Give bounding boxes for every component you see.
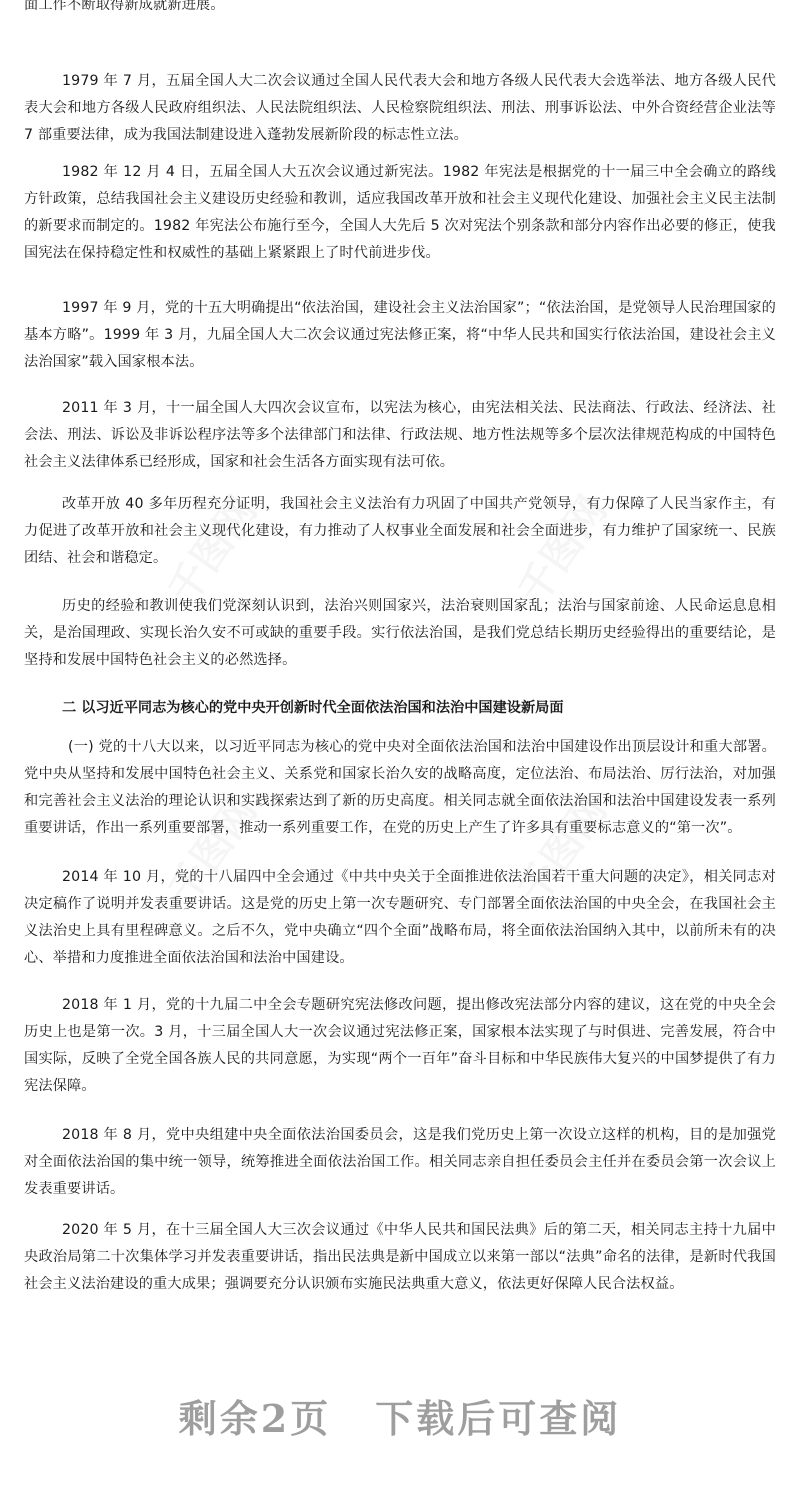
paragraph-2018-aug: 2018 年 8 月，党中央组建中央全面依法治国委员会，这是我们党历史上第一次设… [24,1122,776,1203]
paragraph-2014: 2014 年 10 月，党的十八届四中全会通过《中共中央关于全面推进依法治国若干… [24,864,776,972]
paragraph-section-1: (一) 党的十八大以来，以习近平同志为核心的党中央对全面依法治国和法治中国建设作… [24,734,776,842]
paragraph-2020: 2020 年 5 月，在十三届全国人大三次会议通过《中华人民共和国民法典》后的第… [24,1217,776,1298]
paragraph-reform: 改革开放 40 多年历程充分证明，我国社会主义法治有力巩固了中国共产党领导，有力… [24,491,776,572]
paragraph-1979: 1979 年 7 月，五届全国人大二次会议通过全国人民代表大会和地方各级人民代表… [24,68,776,149]
paragraph-1997: 1997 年 9 月，党的十五大明确提出“依法治国，建设社会主义法治国家”；“依… [24,295,776,376]
section-heading: 二 以习近平同志为核心的党中央开创新时代全面依法治国和法治中国建设新局面 [62,696,564,720]
paragraph-2018-jan: 2018 年 1 月，党的十九届二中全会专题研究宪法修改问题，提出修改宪法部分内… [24,992,776,1100]
remaining-pages-label: 剩余2页 [179,1396,331,1441]
download-action-label[interactable]: 下载后可查阅 [375,1396,621,1441]
paragraph-history: 历史的经验和教训使我们党深刻认识到，法治兴则国家兴，法治衰则国家乱；法治与国家前… [24,593,776,674]
paragraph-1982: 1982 年 12 月 4 日，五届全国人大五次会议通过新宪法。1982 年宪法… [24,159,776,267]
download-to-read-banner[interactable]: 剩余2页下载后可查阅 [0,1388,800,1443]
paragraph-2011: 2011 年 3 月，十一届全国人大四次会议宣布，以宪法为核心，由宪法相关法、民… [24,395,776,476]
paragraph-continued: 面工作不断取得新成就新进展。 [24,0,776,19]
